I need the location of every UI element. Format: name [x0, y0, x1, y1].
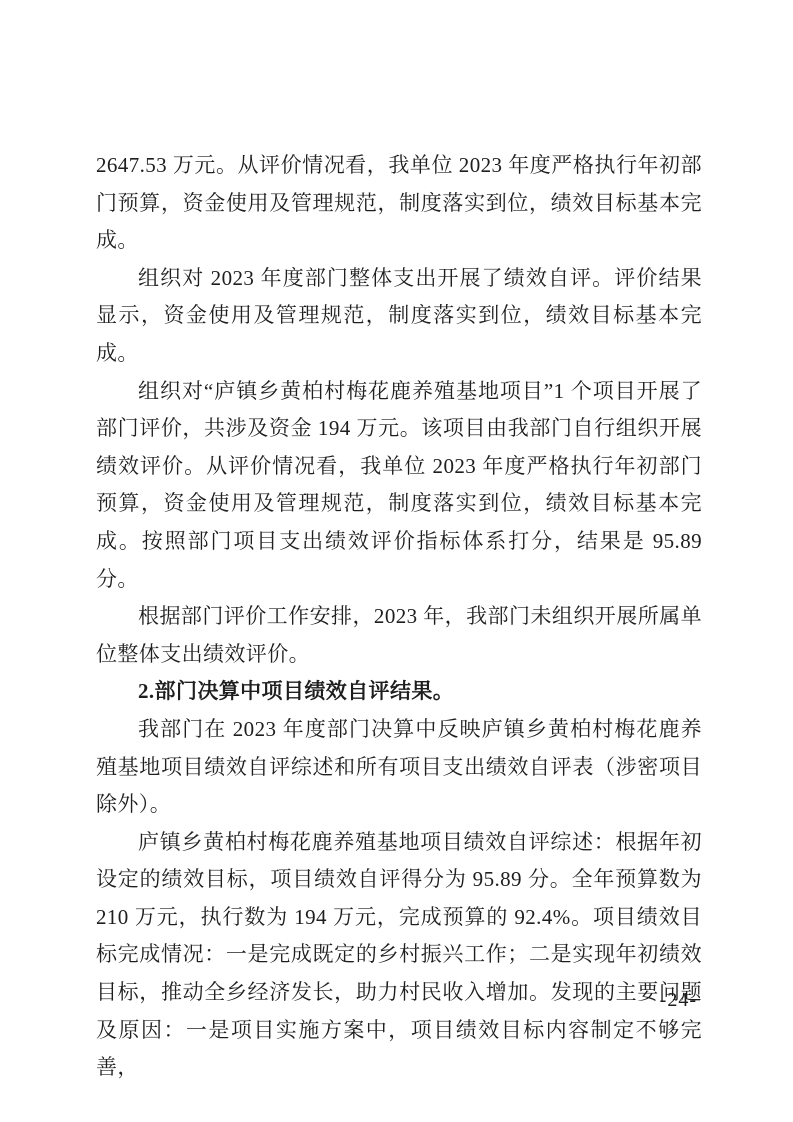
paragraph-project-self-eval-summary: 庐镇乡黄柏村梅花鹿养殖基地项目绩效自评综述：根据年初设定的绩效目标，项目绩效自评… — [96, 824, 702, 1087]
paragraph-final-accounts-reflect: 我部门在 2023 年度部门决算中反映庐镇乡黄柏村梅花鹿养殖基地项目绩效自评综述… — [96, 711, 702, 824]
paragraph-no-subordinate-eval: 根据部门评价工作安排，2023 年，我部门未组织开展所属单位整体支出绩效评价。 — [96, 598, 702, 673]
paragraph-overall-self-eval: 组织对 2023 年度部门整体支出开展了绩效自评。评价结果显示，资金使用及管理规… — [96, 260, 702, 373]
paragraph-dept-project-eval: 组织对“庐镇乡黄柏村梅花鹿养殖基地项目”1 个项目开展了部门评价，共涉及资金 1… — [96, 373, 702, 599]
heading-project-self-eval-results: 2.部门决算中项目绩效自评结果。 — [96, 673, 702, 711]
paragraph-continuation: 2647.53 万元。从评价情况看，我单位 2023 年度严格执行年初部门预算，… — [96, 147, 702, 260]
page-number: -24- — [660, 989, 697, 1012]
document-body: 2647.53 万元。从评价情况看，我单位 2023 年度严格执行年初部门预算，… — [96, 147, 702, 1087]
document-page: 2647.53 万元。从评价情况看，我单位 2023 年度严格执行年初部门预算，… — [0, 0, 793, 1122]
